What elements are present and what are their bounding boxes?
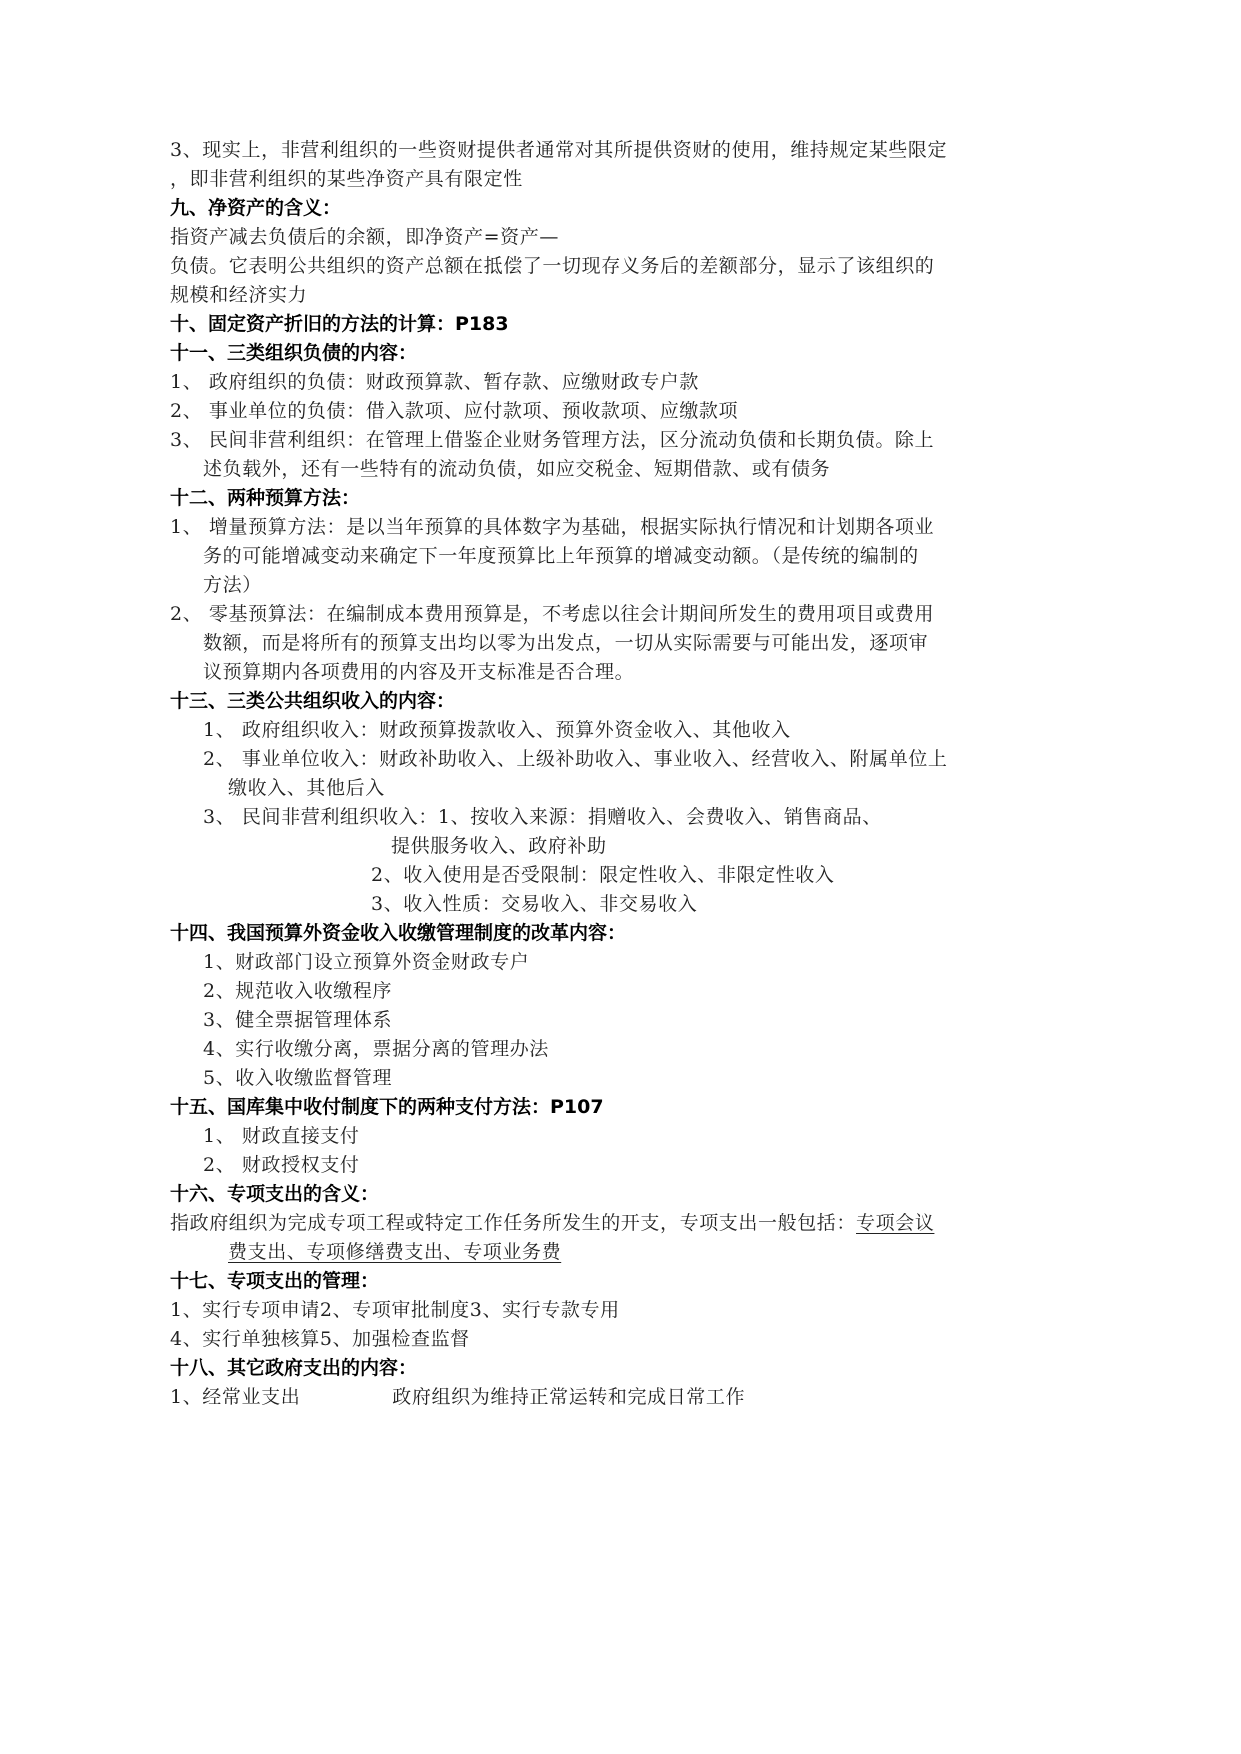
list-item-continuation: 议预算期内各项费用的内容及开支标准是否合理。: [203, 659, 634, 685]
section-heading-9: 九、净资产的含义：: [170, 195, 341, 221]
list-item: 2、规范收入收缴程序: [203, 978, 392, 1004]
list-item-continuation: 方法）: [203, 572, 262, 598]
list-item: 1、 增量预算方法：是以当年预算的具体数字为基础，根据实际执行情况和计划期各项业: [170, 514, 934, 540]
list-item: 1、 政府组织的负债：财政预算款、暂存款、应缴财政专户款: [170, 369, 699, 395]
underlined-text: 费支出、专项修缮费支出、专项业务费: [228, 1239, 561, 1265]
sub-list-item: 3、收入性质：交易收入、非交易收入: [371, 891, 697, 917]
list-item: 5、收入收缴监督管理: [203, 1065, 392, 1091]
paragraph-line: 指资产减去负债后的余额，即净资产=资产—: [170, 224, 559, 250]
list-item-continuation: 提供服务收入、政府补助: [391, 833, 607, 859]
sub-list-item: 2、收入使用是否受限制：限定性收入、非限定性收入: [371, 862, 835, 888]
list-item: 3、健全票据管理体系: [203, 1007, 392, 1033]
section-heading-17: 十七、专项支出的管理：: [170, 1268, 379, 1294]
list-item: 2、 事业单位的负债：借入款项、应付款项、预收款项、应缴款项: [170, 398, 738, 424]
list-item: 1、财政部门设立预算外资金财政专户: [203, 949, 529, 975]
section-heading-12: 十二、两种预算方法：: [170, 485, 360, 511]
list-item-continuation: 数额，而是将所有的预算支出均以零为出发点，一切从实际需要与可能出发，逐项审: [203, 630, 928, 656]
section-heading-18: 十八、其它政府支出的内容：: [170, 1355, 417, 1381]
list-item: 3、 民间非营利组织：在管理上借鉴企业财务管理方法，区分流动负债和长期负债。除上: [170, 427, 934, 453]
list-item: 1、 财政直接支付: [203, 1123, 360, 1149]
section-heading-10: 十、固定资产折旧的方法的计算：P183: [170, 311, 509, 337]
section-heading-14: 十四、我国预算外资金收入收缴管理制度的改革内容：: [170, 920, 626, 946]
document-page: 3、现实上，非营利组织的一些资财提供者通常对其所提供资财的使用，维持规定某些限定…: [0, 0, 1241, 1754]
paragraph-line: ，即非营利组织的某些净资产具有限定性: [170, 166, 523, 192]
list-item-label: 1、经常业支出: [170, 1386, 300, 1408]
underlined-text: 专项会议: [856, 1212, 934, 1234]
paragraph-line: 指政府组织为完成专项工程或特定工作任务所发生的开支，专项支出一般包括：专项会议: [170, 1210, 934, 1236]
paragraph-line: 负债。它表明公共组织的资产总额在抵偿了一切现存义务后的差额部分，显示了该组织的: [170, 253, 934, 279]
list-item: 1、 政府组织收入：财政预算拨款收入、预算外资金收入、其他收入: [203, 717, 791, 743]
list-item: 2、 零基预算法：在编制成本费用预算是，不考虑以往会计期间所发生的费用项目或费用: [170, 601, 934, 627]
list-item: 4、实行单独核算5、加强检查监督: [170, 1326, 470, 1352]
list-item: 2、 事业单位收入：财政补助收入、上级补助收入、事业收入、经营收入、附属单位上: [203, 746, 948, 772]
list-item-continuation: 缴收入、其他后入: [228, 775, 385, 801]
list-item-continuation: 述负载外，还有一些特有的流动负债，如应交税金、短期借款、或有债务: [203, 456, 830, 482]
list-item-description: 政府组织为维持正常运转和完成日常工作: [392, 1386, 745, 1408]
paragraph-line: 3、现实上，非营利组织的一些资财提供者通常对其所提供资财的使用，维持规定某些限定: [170, 137, 947, 163]
section-heading-16: 十六、专项支出的含义：: [170, 1181, 379, 1207]
list-item: 2、 财政授权支付: [203, 1152, 360, 1178]
list-item-continuation: 务的可能增减变动来确定下一年度预算比上年预算的增减变动额。（是传统的编制的: [203, 543, 919, 569]
section-heading-11: 十一、三类组织负债的内容：: [170, 340, 417, 366]
list-item: 1、实行专项申请2、专项审批制度3、实行专款专用: [170, 1297, 620, 1323]
list-item: 4、实行收缴分离，票据分离的管理办法: [203, 1036, 549, 1062]
list-item: 1、经常业支出政府组织为维持正常运转和完成日常工作: [170, 1384, 745, 1410]
section-heading-13: 十三、三类公共组织收入的内容：: [170, 688, 455, 714]
paragraph-text: 指政府组织为完成专项工程或特定工作任务所发生的开支，专项支出一般包括：: [170, 1212, 856, 1234]
section-heading-15: 十五、国库集中收付制度下的两种支付方法：P107: [170, 1094, 604, 1120]
paragraph-line: 规模和经济实力: [170, 282, 307, 308]
list-item: 3、 民间非营利组织收入：1、按收入来源：捐赠收入、会费收入、销售商品、: [203, 804, 882, 830]
